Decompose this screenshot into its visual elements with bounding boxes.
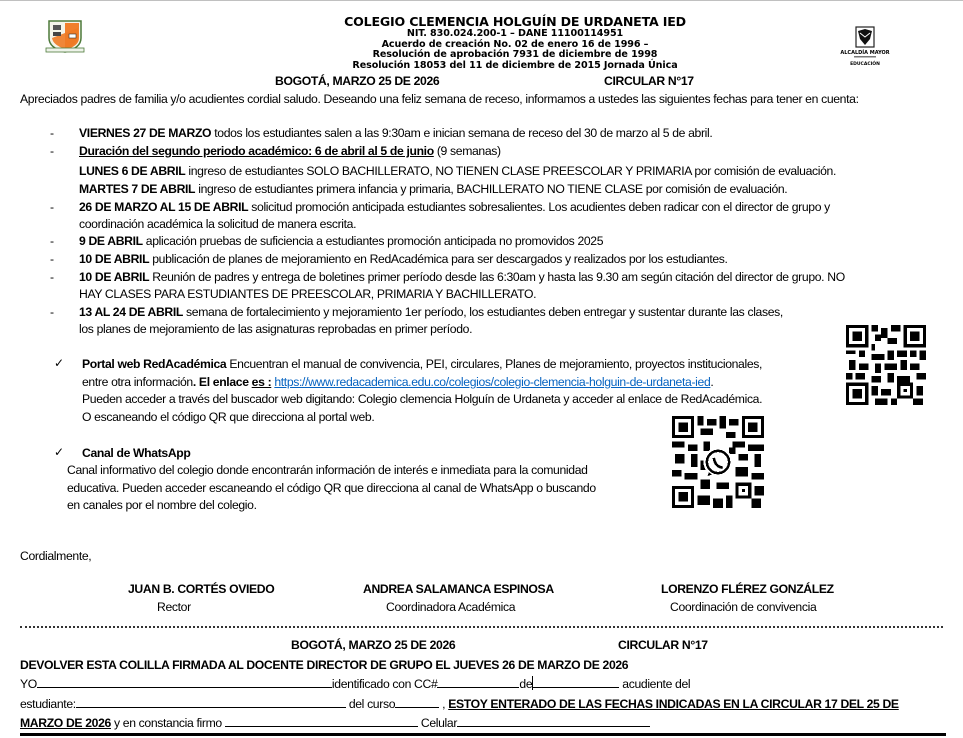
issued-in-field[interactable]: [533, 676, 619, 688]
list-item: 10 DE ABRIL publicación de planes de mej…: [79, 251, 728, 268]
dash-bullet: -: [50, 304, 54, 321]
top-border: [0, 0, 963, 1]
slip-aware-statement: ESTOY ENTERADO DE LAS FECHAS INDICADAS E…: [448, 697, 898, 711]
cc-field[interactable]: [437, 676, 519, 688]
whatsapp-title: Canal de WhatsApp: [82, 446, 191, 460]
alcaldia-crest-logo: ALCALDÍA MAYOR EDUCACIÓN: [840, 25, 890, 69]
slip-line-3: MARZO DE 2026 y en constancia firmo Celu…: [20, 715, 650, 732]
school-nit: NIT. 830.024.200-1 – DANE 11100114951: [260, 29, 770, 40]
portal-url-link[interactable]: https://www.redacademica.edu.co/colegios…: [274, 375, 710, 389]
signature-name: LORENZO FLÉREZ GONZÁLEZ: [661, 582, 834, 596]
dash-bullet: -: [50, 233, 54, 250]
signature-name: ANDREA SALAMANCA ESPINOSA: [363, 582, 554, 596]
greeting: Apreciados padres de familia y/o acudien…: [20, 91, 859, 108]
school-name: COLEGIO CLEMENCIA HOLGUÍN DE URDANETA IE…: [260, 15, 770, 29]
letterhead: COLEGIO CLEMENCIA HOLGUÍN DE URDANETA IE…: [260, 15, 770, 71]
list-item: 10 DE ABRIL Reunión de padres y entrega …: [79, 269, 845, 286]
whatsapp-qr-code[interactable]: [672, 416, 764, 508]
checkmark-icon: ✓: [54, 355, 64, 372]
cut-line-divider: [20, 626, 943, 628]
school-resolution-2: Resolución 18053 del 11 de diciembre de …: [260, 61, 770, 72]
signature-role: Rector: [157, 599, 191, 616]
slip-line-2: estudiante: del curso , ESTOY ENTERADO D…: [20, 696, 899, 713]
course-field[interactable]: [395, 696, 439, 708]
signature-role: Coordinación de convivencia: [670, 599, 816, 616]
list-item-continuation: HAY CLASES PARA ESTUDIANTES DE PREESCOLA…: [79, 286, 536, 303]
slip-line-1: YOidentificado con CC#de acudiente del: [20, 676, 690, 693]
list-item-continuation: los planes de mejoramiento de las asigna…: [79, 321, 472, 338]
date-line: BOGOTÁ, MARZO 25 DE 2026: [275, 74, 439, 88]
circular-number: CIRCULAR N°17: [604, 74, 694, 88]
list-item: VIERNES 27 DE MARZO todos los estudiante…: [79, 125, 712, 142]
list-item: MARTES 7 DE ABRIL ingreso de estudiantes…: [79, 181, 787, 198]
dash-bullet: -: [50, 251, 54, 268]
list-item: 9 DE ABRIL aplicación pruebas de suficie…: [79, 233, 603, 250]
whatsapp-line-3: en canales por el nombre del colegio.: [67, 497, 257, 514]
portal-title: Portal web RedAcadémica: [82, 357, 226, 371]
dash-bullet: -: [50, 199, 54, 216]
dash-bullet: -: [50, 269, 54, 286]
portal-line-1: Portal web RedAcadémica Encuentran el ma…: [82, 356, 762, 373]
whatsapp-line-2: educativa. Pueden acceder escaneando el …: [67, 480, 596, 497]
signature-name: JUAN B. CORTÉS OVIEDO: [128, 582, 274, 596]
school-crest-logo: [44, 18, 86, 54]
list-item: 26 DE MARZO AL 15 DE ABRIL solicitud pro…: [79, 199, 830, 216]
student-field[interactable]: [76, 696, 346, 708]
slip-date-line: BOGOTÁ, MARZO 25 DE 2026: [291, 638, 455, 652]
portal-line-2: entre otra información. El enlace es : h…: [82, 374, 713, 391]
slip-circular-number: CIRCULAR N°17: [618, 638, 708, 652]
portal-line-4: O escaneando el código QR que direcciona…: [82, 409, 374, 426]
list-item: Duración del segundo periodo académico: …: [79, 143, 501, 160]
bottom-rule: [20, 733, 946, 736]
signature-role: Coordinadora Académica: [386, 599, 515, 616]
name-field[interactable]: [37, 676, 332, 688]
portal-line-3: Pueden acceder a través del buscador web…: [82, 391, 762, 408]
checkmark-icon: ✓: [54, 444, 64, 461]
portal-qr-code[interactable]: [846, 325, 926, 405]
school-resolution-1: Resolución de aprobación 7931 de diciemb…: [260, 50, 770, 61]
signature-field[interactable]: [225, 715, 418, 727]
svg-text:ALCALDÍA MAYOR: ALCALDÍA MAYOR: [840, 48, 889, 56]
list-item-continuation: coordinación académica la solicitud de m…: [79, 216, 356, 233]
list-item: LUNES 6 DE ABRIL ingreso de estudiantes …: [79, 163, 836, 180]
svg-text:EDUCACIÓN: EDUCACIÓN: [850, 60, 880, 67]
slip-instruction: DEVOLVER ESTA COLILLA FIRMADA AL DOCENTE…: [20, 658, 628, 672]
list-item: 13 AL 24 DE ABRIL semana de fortalecimie…: [79, 304, 783, 321]
whatsapp-line-1: Canal informativo del colegio donde enco…: [67, 462, 588, 479]
dash-bullet: -: [50, 143, 54, 160]
dash-bullet: -: [50, 125, 54, 142]
cellphone-field[interactable]: [457, 715, 650, 727]
closing: Cordialmente,: [20, 548, 91, 565]
